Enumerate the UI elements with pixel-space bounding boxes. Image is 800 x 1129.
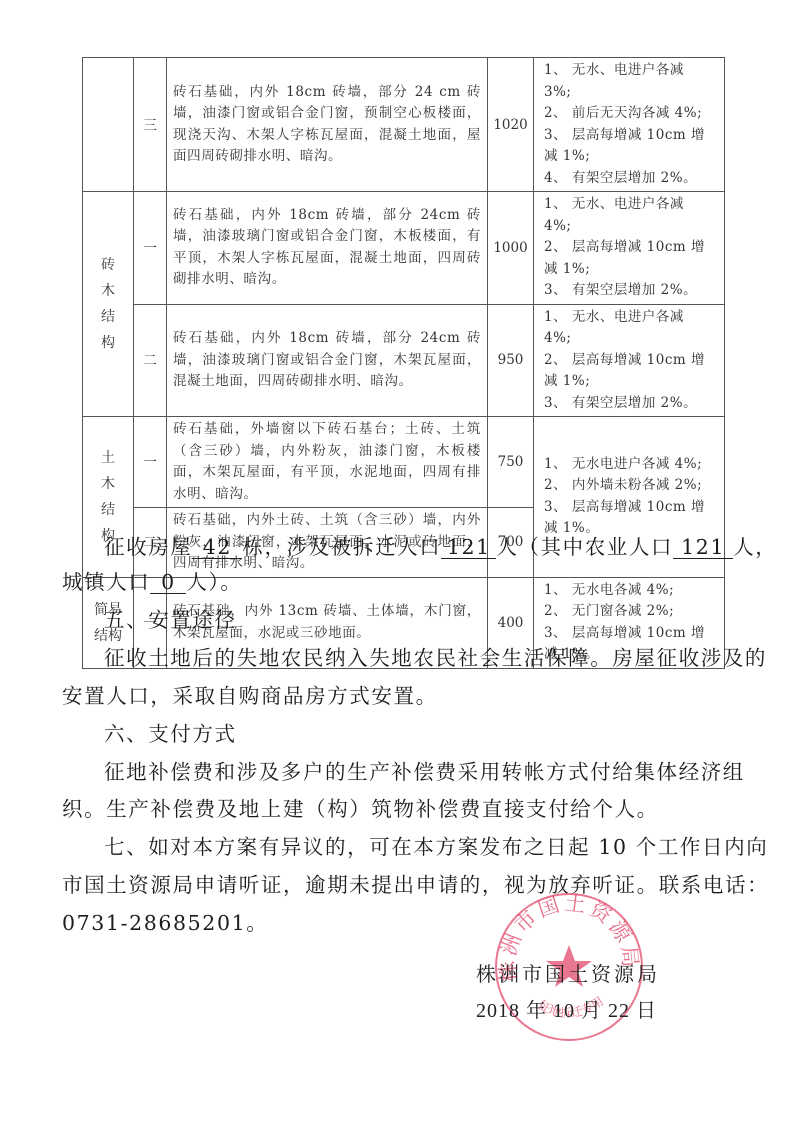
- adjustment-item: 1、 无水、电进户各减 3%;: [544, 60, 716, 103]
- houses-count: 42: [192, 536, 242, 559]
- table-row: 二 砖石基础，内外 18cm 砖墙，部分 24cm 砖墙，油漆玻璃门窗或铝合金门…: [83, 304, 725, 417]
- table-row: 三 砖石基础，内外 18cm 砖墙，部分 24 cm 砖墙，油漆门窗或铝合金门窗…: [83, 58, 725, 192]
- relocated-count: 121: [441, 536, 496, 559]
- adjustment-cell: 1、 无水、电进户各减 3%; 2、 前后无天沟各减 4%; 3、 层高每增减 …: [534, 58, 725, 192]
- adjustment-item: 3、 有架空层增加 2%。: [544, 280, 716, 302]
- description-cell: 砖石基础，内外 18cm 砖墙，部分 24cm 砖墙，油漆玻璃门窗或铝合金门窗，…: [167, 304, 488, 417]
- description-cell: 砖石基础，内外 18cm 砖墙，部分 24cm 砖墙，油漆玻璃门窗或铝合金门窗，…: [167, 192, 488, 305]
- summary-text: 人，: [733, 535, 777, 559]
- section-7-text: 七、如对本方案有异议的，可在本方案发布之日起 10 个工作日内向: [104, 830, 768, 860]
- table-row: 砖木结构 一 砖石基础，内外 18cm 砖墙，部分 24cm 砖墙，油漆玻璃门窗…: [83, 192, 725, 305]
- table-row: 土木结构 一 砖石基础，外墙窗以下砖石基台；土砖、土筑（含三砂）墙，内外粉灰，油…: [83, 417, 725, 508]
- grade-cell: 三: [134, 58, 167, 192]
- structure-type-cell: [83, 58, 134, 192]
- contact-phone: 0731-28685201。: [62, 906, 268, 936]
- description-cell: 砖石基础，外墙窗以下砖石基台；土砖、土筑（含三砂）墙，内外粉灰，油漆门窗，木板楼…: [167, 417, 488, 508]
- signing-date: 2018 年 10 月 22 日: [476, 994, 657, 1023]
- grade-cell: 一: [134, 192, 167, 305]
- section-5-text: 征收土地后的失地农民纳入失地农民社会生活保障。房屋征收涉及的: [104, 641, 767, 671]
- summary-text: 人（其中农业人口: [496, 535, 673, 559]
- adjustment-item: 2、 层高每增减 10cm 增减 1%;: [544, 237, 716, 280]
- summary-text: 栋，涉及被拆迁人口: [242, 535, 441, 559]
- grade-cell: 一: [134, 417, 167, 508]
- section-5-heading: 五、安置途径: [104, 603, 237, 633]
- adjustment-item: 2、 前后无天沟各减 4%;: [544, 103, 716, 125]
- section-7-text: 市国土资源局申请听证，逾期未提出申请的，视为放弃听证。联系电话：: [62, 868, 769, 898]
- adjustment-item: 2、 无门窗各减 2%;: [544, 601, 716, 623]
- summary-text: 人）。: [186, 570, 242, 594]
- summary-text: 征收房屋: [104, 535, 192, 559]
- adjustment-item: 1、 无水、电进户各减 4%;: [544, 307, 716, 350]
- price-cell: 950: [488, 304, 534, 417]
- date-year: 2018: [476, 1000, 520, 1022]
- description-cell: 砖石基础，内外 18cm 砖墙，部分 24 cm 砖墙，油漆门窗或铝合金门窗，预…: [167, 58, 488, 192]
- date-month: 10: [553, 1000, 575, 1022]
- structure-type-cell: 砖木结构: [83, 192, 134, 417]
- adjustment-item: 3、 有架空层增加 2%。: [544, 393, 716, 415]
- adjustment-item: 1、 无水电各减 4%;: [544, 580, 716, 602]
- urban-count: 0: [150, 571, 186, 594]
- price-cell: 750: [488, 417, 534, 508]
- section-6-heading: 六、支付方式: [104, 717, 237, 747]
- section-5-text: 安置人口，采取自购商品房方式安置。: [62, 679, 438, 709]
- date-day: 22: [608, 1000, 630, 1022]
- price-cell: 1020: [488, 58, 534, 192]
- price-cell: 1000: [488, 192, 534, 305]
- adjustment-item: 1、 无水、电进户各减 4%;: [544, 194, 716, 237]
- date-text: 月: [581, 1000, 602, 1022]
- adjustment-item: 2、 层高每增减 10cm 增减 1%;: [544, 350, 716, 393]
- summary-line-1: 征收房屋42栋，涉及被拆迁人口121人（其中农业人口121人，: [104, 530, 777, 560]
- date-text: 日: [636, 1000, 657, 1022]
- section-6-text: 织。生产补偿费及地上建（构）筑物补偿费直接支付给个人。: [62, 792, 659, 822]
- summary-text: 城镇人口: [62, 570, 150, 594]
- adjustment-cell: 1、 无水、电进户各减 4%; 2、 层高每增减 10cm 增减 1%; 3、 …: [534, 304, 725, 417]
- section-6-text: 征地补偿费和涉及多户的生产补偿费采用转帐方式付给集体经济组: [104, 755, 745, 785]
- adjustment-item: 3、 层高每增减 10cm 增减 1%;: [544, 125, 716, 168]
- date-text: 年: [526, 1000, 547, 1022]
- signing-organization: 株洲市国土资源局: [476, 958, 660, 987]
- structure-type-label: 砖木结构: [100, 252, 116, 356]
- adjustment-item: 1、 无水电进户各减 4%;: [544, 454, 716, 476]
- summary-line-2: 城镇人口0人）。: [62, 565, 242, 595]
- adjustment-item: 4、 有架空层增加 2%。: [544, 168, 716, 190]
- agricultural-count: 121: [673, 536, 733, 559]
- grade-cell: 二: [134, 304, 167, 417]
- adjustment-cell: 1、 无水、电进户各减 4%; 2、 层高每增减 10cm 增减 1%; 3、 …: [534, 192, 725, 305]
- adjustment-item: 2、 内外墙未粉各减 2%;: [544, 475, 716, 497]
